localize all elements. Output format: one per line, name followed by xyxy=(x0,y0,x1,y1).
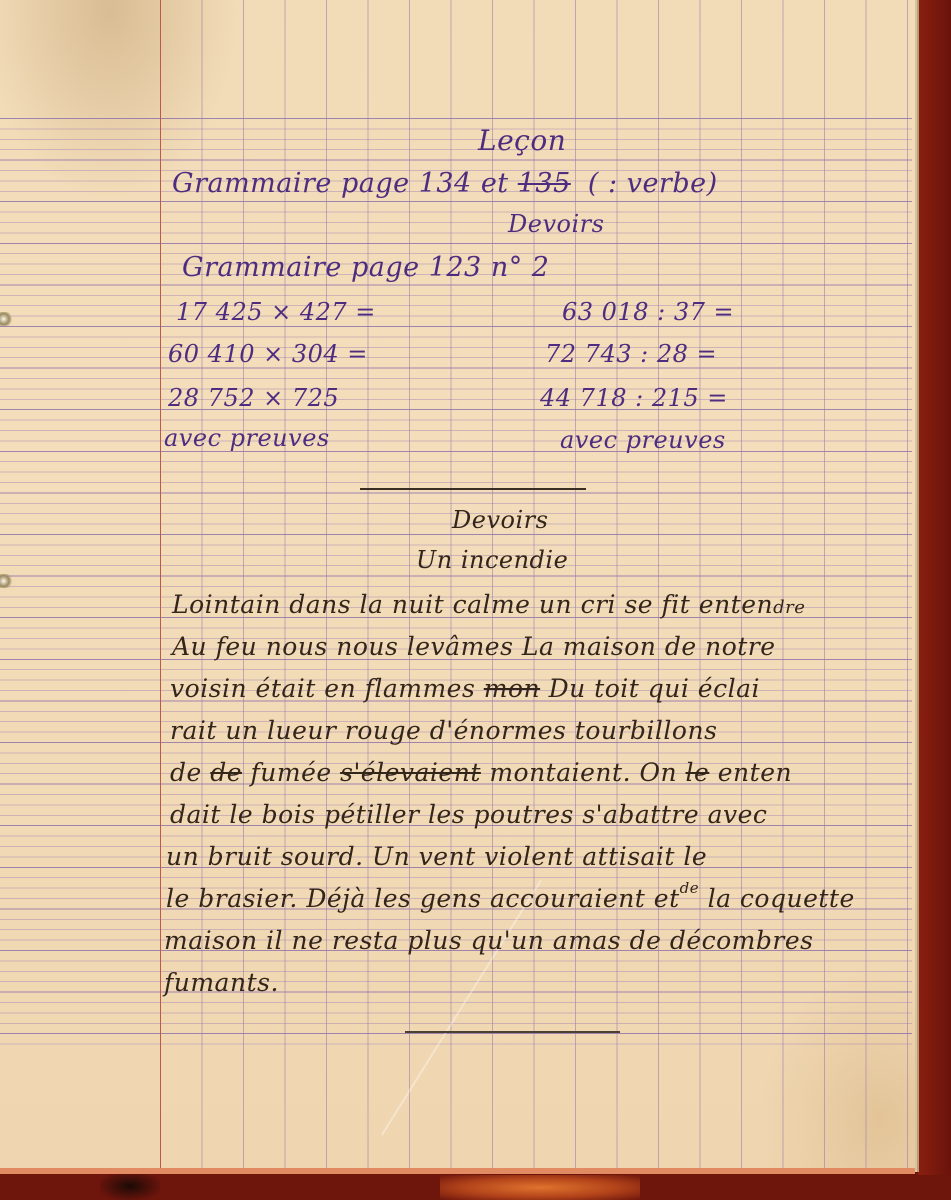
lecon-line: Grammaire page 134 et 135 ( : verbe) xyxy=(172,168,718,199)
lecon-note: ( : verbe) xyxy=(588,168,718,199)
essay-line-10: fumants. xyxy=(164,968,279,997)
section-divider xyxy=(360,488,586,490)
binding-mark xyxy=(0,574,12,588)
division-1: 63 018 : 37 = xyxy=(562,298,734,326)
division-2: 72 743 : 28 = xyxy=(545,340,717,368)
essay-title: Un incendie xyxy=(416,546,568,574)
devoirs-grammar-line: Grammaire page 123 n° 2 xyxy=(182,252,549,283)
multiplication-2: 60 410 × 304 = xyxy=(168,340,368,368)
page-bottom-edge xyxy=(0,1168,915,1174)
struck-word: mon xyxy=(484,674,540,703)
right-proof-note: avec preuves xyxy=(560,426,726,454)
notebook-page: Leçon Grammaire page 134 et 135 ( : verb… xyxy=(0,0,915,1172)
end-divider xyxy=(405,1031,620,1033)
lecon-heading: Leçon xyxy=(478,124,566,157)
background-glow xyxy=(440,1175,640,1200)
lecon-struck-number: 135 xyxy=(518,168,571,199)
essay-line-3: voisin était en flammes mon Du toit qui … xyxy=(170,674,760,703)
division-3: 44 718 : 215 = xyxy=(540,384,728,412)
background-strip xyxy=(918,0,951,1175)
essay-line-5: de de fumée s'élevaient montaient. On le… xyxy=(170,758,792,787)
lecon-text: Grammaire page 134 et xyxy=(172,168,509,199)
essay-line-7: un bruit sourd. Un vent violent attisait… xyxy=(166,842,707,871)
essay-line-4: rait un lueur rouge d'énormes tourbillon… xyxy=(170,716,717,745)
essay-line-8: le brasier. Déjà les gens accouraient et… xyxy=(166,884,855,913)
struck-word: de xyxy=(210,758,242,787)
struck-word: s'élevaient xyxy=(340,758,481,787)
background-shadow xyxy=(100,1172,160,1200)
essay-line-6: dait le bois pétiller les poutres s'abat… xyxy=(170,800,767,829)
essay-line-2: Au feu nous nous levâmes La maison de no… xyxy=(172,632,776,661)
struck-word: le xyxy=(686,758,710,787)
multiplication-3: 28 752 × 725 xyxy=(168,384,339,412)
essay-line-1: Lointain dans la nuit calme un cri se fi… xyxy=(172,590,805,619)
devoirs-heading-1: Devoirs xyxy=(508,210,604,238)
margin-line xyxy=(160,0,161,1172)
essay-line-9: maison il ne resta plus qu'un amas de dé… xyxy=(164,926,813,955)
binding-mark xyxy=(0,312,12,326)
devoirs-heading-2: Devoirs xyxy=(452,506,548,534)
multiplication-1: 17 425 × 427 = xyxy=(176,298,376,326)
inserted-word: de xyxy=(680,879,699,897)
left-proof-note: avec preuves xyxy=(164,424,330,452)
